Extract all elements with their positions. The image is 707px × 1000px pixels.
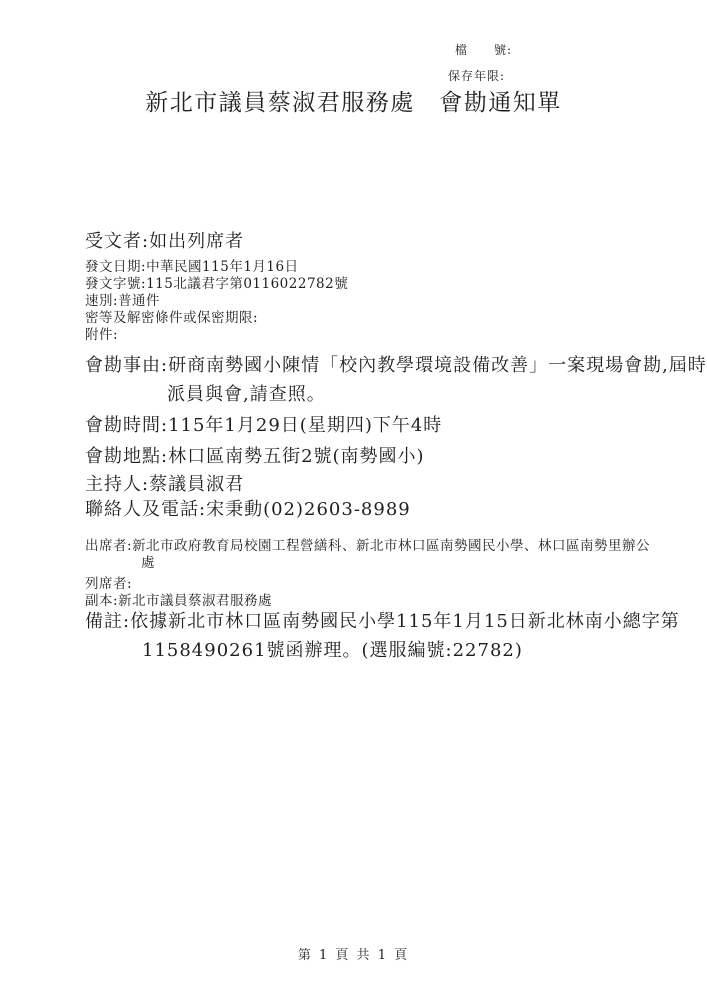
field-recipient-value: 如出列席者 bbox=[149, 231, 244, 252]
field-inspection-location: 會勘地點:林口區南勢五街2號(南勢國小) bbox=[85, 442, 425, 468]
field-remarks-value: 依據新北市林口區南勢國民小學115年1月15日新北林南小總字第115849026… bbox=[130, 611, 680, 661]
meta-issue-date: 發文日期:中華民國115年1月16日 bbox=[85, 259, 348, 276]
field-inspection-time: 會勘時間:115年1月29日(星期四)下午4時 bbox=[85, 411, 442, 437]
field-inspection-subject-value: 研商南勢國小陳情「校內教學環境設備改善」一案現場會勘,屆時派員與會,請查照。 bbox=[167, 355, 707, 405]
field-copy-to-label: 副本: bbox=[85, 593, 118, 609]
field-inspection-location-value: 林口區南勢五街2號(南勢國小) bbox=[168, 446, 425, 467]
document-title: 新北市議員蔡淑君服務處 會勘通知單 bbox=[0, 84, 707, 117]
field-host-label: 主持人: bbox=[85, 474, 149, 495]
meta-doc-number-label: 發文字號: bbox=[85, 276, 146, 292]
page-number-footer: 第 1 頁 共 1 頁 bbox=[0, 944, 707, 963]
field-remarks: 備註:依據新北市林口區南勢國民小學115年1月15日新北林南小總字第115849… bbox=[85, 608, 702, 665]
field-inspection-subject-label: 會勘事由: bbox=[85, 355, 168, 376]
field-copy-to-value: 新北市議員蔡淑君服務處 bbox=[118, 593, 272, 609]
file-number-label: 檔 號: bbox=[448, 37, 512, 63]
meta-speed: 速別:普通件 bbox=[85, 293, 348, 310]
meta-speed-label: 速別: bbox=[85, 293, 118, 309]
meta-security-label: 密等及解密條件或保密期限: bbox=[85, 310, 258, 326]
meta-speed-value: 普通件 bbox=[118, 293, 160, 309]
field-contact-phone-label: 聯絡人及電話: bbox=[85, 499, 206, 520]
field-inspection-time-value: 115年1月29日(星期四)下午4時 bbox=[168, 415, 442, 436]
meta-issue-date-value: 中華民國115年1月16日 bbox=[146, 259, 299, 275]
field-recipient: 受文者:如出列席者 bbox=[85, 227, 244, 253]
field-attendees-label: 出席者: bbox=[85, 538, 132, 554]
meta-attachment-label: 附件: bbox=[85, 327, 118, 343]
field-attendees-value: 新北市政府教育局校園工程營繕科、新北市林口區南勢國民小學、林口區南勢里辦公處 bbox=[132, 538, 650, 571]
field-inspection-time-label: 會勘時間: bbox=[85, 415, 168, 436]
meta-attachment: 附件: bbox=[85, 327, 348, 344]
field-remarks-label: 備註: bbox=[85, 611, 130, 632]
field-copy-to: 副本:新北市議員蔡淑君服務處 bbox=[85, 589, 272, 609]
scanned-notice-document: 檔 號: 保存年限: 新北市議員蔡淑君服務處 會勘通知單 受文者:如出列席者 發… bbox=[0, 0, 707, 1000]
meta-security: 密等及解密條件或保密期限: bbox=[85, 310, 348, 327]
field-contact-phone-value: 宋秉動(02)2603-8989 bbox=[206, 499, 411, 520]
field-contact-phone: 聯絡人及電話:宋秉動(02)2603-8989 bbox=[85, 495, 411, 521]
field-attendees: 出席者:新北市政府教育局校園工程營繕科、新北市林口區南勢國民小學、林口區南勢里辦… bbox=[85, 538, 664, 572]
archival-stamp: 檔 號: 保存年限: bbox=[448, 37, 512, 89]
field-inspection-subject: 會勘事由:研商南勢國小陳情「校內教學環境設備改善」一案現場會勘,屆時派員與會,請… bbox=[85, 351, 707, 409]
meta-block: 發文日期:中華民國115年1月16日 發文字號:115北議君字第01160227… bbox=[85, 259, 348, 344]
meta-doc-number: 發文字號:115北議君字第0116022782號 bbox=[85, 276, 348, 293]
field-inspection-location-label: 會勘地點: bbox=[85, 446, 168, 467]
field-host-value: 蔡議員淑君 bbox=[149, 474, 244, 495]
meta-issue-date-label: 發文日期: bbox=[85, 259, 146, 275]
field-recipient-label: 受文者: bbox=[85, 231, 149, 252]
meta-doc-number-value: 115北議君字第0116022782號 bbox=[146, 276, 348, 292]
field-host: 主持人:蔡議員淑君 bbox=[85, 470, 244, 496]
